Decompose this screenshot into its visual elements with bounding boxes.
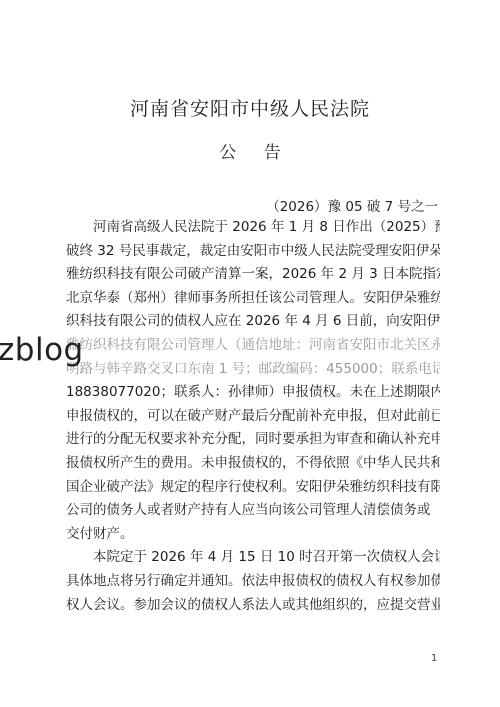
body-line: 国企业破产法》规定的程序行使权利。安阳伊朵雅纺织科技有限: [66, 476, 440, 500]
announcement-body: 河南省高级人民法院于 2026 年 1 月 8 日作出（2025）豫破终 32 …: [66, 216, 440, 617]
body-line: 北京华泰（郑州）律师事务所担任该公司管理人。安阳伊朵雅纺: [66, 287, 440, 311]
body-line: 公司的债务人或者财产持有人应当向该公司管理人清偿债务或: [66, 499, 440, 523]
body-line: 报债权所产生的费用。未申报债权的，不得依照《中华人民共和: [66, 452, 440, 476]
body-line: 申报债权的，可以在破产财产最后分配前补充申报，但对此前已: [66, 405, 440, 429]
body-line: 18838077020；联系人：孙律师）申报债权。未在上述期限内: [66, 381, 440, 405]
watermark-text: zblog: [0, 332, 84, 368]
body-line: 本院定于 2026 年 4 月 15 日 10 时召开第一次债权人会议，: [66, 546, 440, 570]
announcement-heading: 公 告: [0, 138, 500, 163]
case-number: （2026）豫 05 破 7 号之一: [266, 195, 438, 215]
body-line: 雅纺织科技有限公司管理人（通信地址：河南省安阳市北关区永: [66, 334, 440, 358]
body-line: 具体地点将另行确定并通知。依法申报债权的债权人有权参加债: [66, 570, 440, 594]
page-number: 1: [431, 653, 437, 664]
body-line: 织科技有限公司的债权人应在 2026 年 4 月 6 日前，向安阳伊朵: [66, 310, 440, 334]
court-name-title: 河南省安阳市中级人民法院: [0, 94, 500, 121]
body-line: 河南省高级人民法院于 2026 年 1 月 8 日作出（2025）豫: [66, 216, 440, 240]
body-line: 明路与韩辛路交叉口东南 1 号；邮政编码：455000；联系电话：: [66, 358, 440, 382]
body-line: 权人会议。参加会议的债权人系法人或其他组织的，应提交营业: [66, 594, 440, 618]
body-line: 进行的分配无权要求补充分配，同时要承担为审查和确认补充申: [66, 428, 440, 452]
body-line: 雅纺织科技有限公司破产清算一案，2026 年 2 月 3 日本院指定: [66, 263, 440, 287]
body-line: 破终 32 号民事裁定，裁定由安阳市中级人民法院受理安阳伊朵: [66, 240, 440, 264]
body-line: 交付财产。: [66, 523, 440, 547]
